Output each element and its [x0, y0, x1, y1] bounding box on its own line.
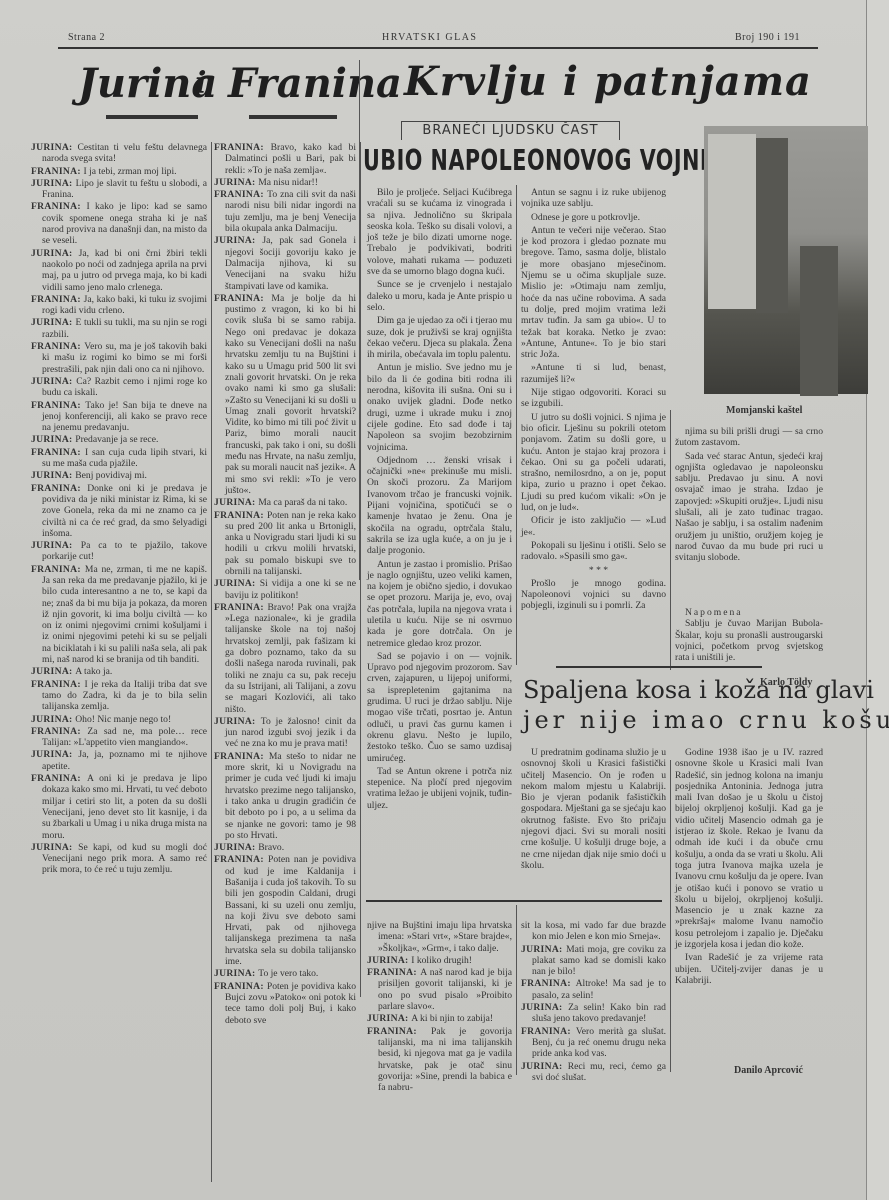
dialogue-line: JURINA: Mati moja, gre coviku za plakat …: [521, 944, 666, 978]
castle-photo: [704, 126, 868, 394]
speaker-name: JURINA:: [214, 578, 260, 589]
speaker-name: JURINA:: [214, 968, 258, 979]
paragraph: Bilo je proljeće. Seljaci Kućibrega vrać…: [367, 187, 512, 277]
dialogue-text: Ma nisu nidar!!: [258, 177, 318, 188]
dialogue-line: FRANINA: Vero su, ma je još takovih baki…: [31, 341, 207, 375]
paragraph: Antun se sagnu i iz ruke ubijenog vojnik…: [521, 187, 666, 210]
paragraph: U predratnim godinama služio je u osnovn…: [521, 747, 666, 871]
dialogue-line: JURINA: I koliko drugih!: [367, 955, 512, 966]
speaker-name: JURINA:: [367, 955, 411, 966]
dialogue-line: JURINA: Reci mu, reci, ćemo ga svi doć s…: [521, 1061, 666, 1084]
dialogue-line: FRANINA: I je reka da Italiji triba dat …: [31, 679, 207, 713]
paragraph: Antun je mislio. Sve jedno mu je bilo da…: [367, 362, 512, 452]
speaker-name: FRANINA:: [31, 483, 87, 494]
speaker-name: FRANINA:: [214, 142, 271, 153]
dialogue-line: FRANINA: A naš narod kad je bija prisilj…: [367, 967, 512, 1012]
speaker-name: FRANINA:: [521, 978, 576, 989]
paragraph: U jutro su došli vojnici. S njima je bio…: [521, 412, 666, 514]
feature-title-franina: Franina: [228, 60, 402, 107]
dialogue-line: JURINA: Se kapi, od kud su mogli doć Ven…: [31, 842, 207, 876]
dialogue-line: JURINA: Ma nisu nidar!!: [214, 177, 356, 188]
speaker-name: JURINA:: [31, 317, 75, 328]
paragraph: Sada već starac Antun, sjedeći kraj ognj…: [675, 451, 823, 564]
second-article-column-1: U predratnim godinama služio je u osnovn…: [521, 747, 666, 867]
speaker-name: FRANINA:: [521, 1026, 576, 1037]
column-rule: [516, 905, 517, 1075]
dialogue-line: FRANINA: A oni ki je predava je lipo dok…: [31, 773, 207, 841]
paragraph: Oficir je isto zaključio — »Lud je«.: [521, 515, 666, 538]
photo-caption: Momjanski kaštel: [726, 405, 802, 416]
paragraph: Antun je zastao i promislio. Prišao je n…: [367, 559, 512, 649]
dialogue-line: FRANINA: I ja tebi, zrman moj lipi.: [31, 166, 207, 177]
second-article-column-2: Godine 1938 išao je u IV. razred osnovne…: [675, 747, 823, 1057]
paragraph: Sad se pojavio i on — vojnik. Upravo pod…: [367, 651, 512, 764]
column-rule: [516, 185, 517, 665]
speaker-name: JURINA:: [31, 714, 75, 725]
speaker-name: JURINA:: [214, 497, 258, 508]
dialogue-line: JURINA: Ja, kad bi oni črni žbiri tekli …: [31, 248, 207, 293]
speaker-name: FRANINA:: [214, 854, 268, 865]
tower-shape: [708, 134, 756, 309]
header-rule: [58, 47, 818, 49]
speaker-name: JURINA:: [31, 248, 79, 259]
dialogue-line: FRANINA: Pak je govorija talijanski, ma …: [367, 1026, 512, 1094]
dialogue-line: JURINA: Ja, ja, poznamo mi te njihove ap…: [31, 749, 207, 772]
dialogue-line: FRANINA: Poten nan je reka kako su pred …: [214, 510, 356, 578]
speaker-name: FRANINA:: [214, 189, 267, 200]
dialogue-text: Bravo! Pak ona vrajža »Lega nazionale«, …: [225, 602, 356, 715]
paragraph: Prošlo je mnogo godina. Napoleonovi vojn…: [521, 578, 666, 612]
dialogue-line: FRANINA: Bravo! Pak ona vrajža »Lega naz…: [214, 602, 356, 715]
dialogue-text: Oho! Nic manje nego to!: [75, 714, 171, 725]
speaker-name: JURINA:: [31, 842, 78, 853]
dialogue-text: Ma je bolje da hi pustimo z vragon, ki k…: [225, 293, 356, 496]
newspaper-name: HRVATSKI GLAS: [382, 32, 477, 43]
dialogue-text: A tako ja.: [75, 666, 112, 677]
article-column-2: Antun se sagnu i iz ruke ubijenog vojnik…: [521, 187, 666, 672]
article-kicker: BRANEĆI LJUDSKU ČAST: [401, 121, 620, 140]
speaker-name: JURINA:: [521, 1061, 568, 1072]
title-underline: [249, 115, 337, 119]
speaker-name: FRANINA:: [31, 564, 85, 575]
dialogue-line: JURINA: Bravo.: [214, 842, 356, 853]
speaker-name: FRANINA:: [31, 201, 86, 212]
byline-aprcovic: Danilo Aprcović: [734, 1065, 803, 1076]
dialogue-column-1: JURINA: Cestitan ti velu feštu delavnega…: [31, 142, 207, 1192]
dialogue-line: JURINA: Si vidija a one ki se ne baviju …: [214, 578, 356, 601]
paragraph: Godine 1938 išao je u IV. razred osnovne…: [675, 747, 823, 950]
feature-title-and: i: [195, 66, 206, 101]
paragraph: Antun te večeri nije večerao. Stao je ko…: [521, 225, 666, 361]
speaker-name: JURINA:: [521, 944, 566, 955]
dialogue-line: FRANINA: Tako je! San bija te dneve na j…: [31, 400, 207, 434]
dialogue-line: JURINA: To je žalosno! cinit da jun naro…: [214, 716, 356, 750]
speaker-name: FRANINA:: [31, 341, 84, 352]
paragraph: Nije stigao odgovoriti. Koraci su se izg…: [521, 387, 666, 410]
column-rule: [211, 142, 212, 1182]
dialogue-line: FRANINA: To zna cili svit da naši narodi…: [214, 189, 356, 234]
speaker-name: FRANINA:: [214, 981, 267, 992]
dialogue-line: JURINA: Oho! Nic manje nego to!: [31, 714, 207, 725]
paragraph: Dim ga je ujedao za oči i tjerao mu suze…: [367, 315, 512, 360]
tower-shape: [756, 138, 788, 313]
dialogue-column-2: FRANINA: Bravo, kako kad bi Dalmatinci p…: [214, 142, 356, 1072]
paragraph: Pokopali su lješinu i otišli. Selo se ra…: [521, 540, 666, 563]
speaker-name: FRANINA:: [31, 166, 84, 177]
speaker-name: JURINA:: [214, 235, 262, 246]
dialogue-line: FRANINA: Ja, kako baki, ki tuku iz svoji…: [31, 294, 207, 317]
speaker-name: JURINA:: [214, 177, 258, 188]
speaker-name: FRANINA:: [31, 773, 87, 784]
dialogue-line: JURINA: To je vero tako.: [214, 968, 356, 979]
dialogue-line: JURINA: E tukli su tukli, ma su njin se …: [31, 317, 207, 340]
speaker-name: JURINA:: [521, 1002, 568, 1013]
dialogue-line: JURINA: Cestitan ti velu feštu delavnega…: [31, 142, 207, 165]
speaker-name: FRANINA:: [31, 400, 85, 411]
dialogue-line: JURINA: Lipo je slavit tu feštu u slobod…: [31, 178, 207, 201]
tower-shape: [800, 246, 838, 396]
dialogue-line: JURINA: Predavanje ja se rece.: [31, 434, 207, 445]
column-rule: [360, 142, 361, 997]
paragraph: Sunce se je crvenjelo i nestajalo daleko…: [367, 279, 512, 313]
speaker-name: FRANINA:: [31, 447, 85, 458]
dialogue-line: FRANINA: I san cuja cuda lipih stvari, k…: [31, 447, 207, 470]
speaker-name: FRANINA:: [31, 726, 87, 737]
speaker-name: JURINA:: [31, 376, 76, 387]
dialogue-line: JURINA: Za selin! Kako bin rad sluša jen…: [521, 1002, 666, 1025]
dialogue-line: JURINA: Pa ca to te pjažilo, takove pork…: [31, 540, 207, 563]
speaker-name: JURINA:: [31, 434, 75, 445]
speaker-name: FRANINA:: [367, 967, 420, 978]
dialogue-continuation-2: sit la kosa, mi vado far due brazde kon …: [521, 920, 666, 1080]
speaker-name: JURINA:: [31, 666, 75, 677]
dialogue-continuation-1: njive na Bujštini imaju lipa hrvatska im…: [367, 920, 512, 1080]
second-headline-line2: jer nije imao crnu košulju: [523, 706, 889, 734]
speaker-name: JURINA:: [31, 470, 75, 481]
dialogue-text: Ma ca paraš da ni tako.: [258, 497, 347, 508]
title-underline: [106, 115, 198, 119]
dialogue-line: FRANINA: Vero merità ga slušat. Benj, ću…: [521, 1026, 666, 1060]
dialogue-line: njive na Bujštini imaju lipa hrvatska im…: [367, 920, 512, 954]
speaker-name: FRANINA:: [31, 679, 85, 690]
speaker-name: FRANINA:: [214, 510, 267, 521]
dialogue-text: A ki bi njin to zabija!: [411, 1013, 493, 1024]
note-label: Napomena: [675, 607, 823, 618]
speaker-name: JURINA:: [31, 178, 76, 189]
article-headline: UBIO NAPOLEONOVOG VOJNIKA: [363, 145, 741, 178]
dialogue-line: JURINA: Ja, pak sad Gonela i njegovi šoc…: [214, 235, 356, 291]
dialogue-line: FRANINA: Za sad ne, ma pole… rece Talija…: [31, 726, 207, 749]
speaker-name: FRANINA:: [367, 1026, 431, 1037]
dialogue-line: FRANINA: Bravo, kako kad bi Dalmatinci p…: [214, 142, 356, 176]
dialogue-text: Poten nan je povidiva od kud je ime Kald…: [225, 854, 356, 967]
speaker-name: JURINA:: [31, 142, 78, 153]
column-rule: [670, 760, 671, 1072]
paragraph: Tad se Antun okrene i potrča niz stepeni…: [367, 766, 512, 811]
paragraph: njima su bili prišli drugi — sa crno žut…: [675, 426, 823, 449]
dialogue-line: JURINA: Benj povidivaj mi.: [31, 470, 207, 481]
speaker-name: FRANINA:: [214, 751, 269, 762]
dialogue-text: Bravo.: [258, 842, 284, 853]
note-text: Sablju je čuvao Marijan Bubola-Škalar, k…: [675, 618, 823, 663]
dialogue-text: To je vero tako.: [258, 968, 318, 979]
dialogue-line: JURINA: A ki bi njin to zabija!: [367, 1013, 512, 1024]
paragraph: Ivan Radešić je za vrijeme rata ubijen. …: [675, 952, 823, 986]
speaker-name: JURINA:: [31, 540, 81, 551]
dialogue-line: FRANINA: Ma ne, zrman, ti me ne kapiš. J…: [31, 564, 207, 666]
dialogue-text: I ja tebi, zrman moj lipi.: [84, 166, 177, 177]
dialogue-text: Predavanje ja se rece.: [75, 434, 158, 445]
dialogue-line: JURINA: Ma ca paraš da ni tako.: [214, 497, 356, 508]
dialogue-text: Benj povidivaj mi.: [75, 470, 147, 481]
speaker-name: JURINA:: [31, 749, 78, 760]
dialogue-text: Ma stešo to nidar ne more skrit, ki u No…: [225, 751, 356, 841]
issue-number: Broj 190 i 191: [735, 32, 800, 43]
article-column-1: Bilo je proljeće. Seljaci Kućibrega vrać…: [367, 187, 512, 862]
page-number: Strana 2: [68, 32, 105, 43]
paragraph: »Antune ti si lud, benast, razumiješ li?…: [521, 362, 666, 385]
dialogue-line: FRANINA: Donke oni ki je predava je povi…: [31, 483, 207, 539]
dialogue-text: Ma ne, zrman, ti me ne kapiš. Ja san rek…: [42, 564, 207, 665]
column-rule: [670, 410, 671, 670]
dialogue-line: FRANINA: Poten je povidiva kako Bujci zo…: [214, 981, 356, 1026]
section-title: Krvlju i patnjama: [404, 58, 812, 105]
dialogue-text: sit la kosa, mi vado far due brazde kon …: [521, 920, 666, 942]
paragraph: Odjednom … ženski vrisak i očajnički »ne…: [367, 455, 512, 557]
second-headline-line1: Spaljena kosa i koža na glavi: [523, 676, 874, 704]
dialogue-line: FRANINA: Ma je bolje da hi pustimo z vra…: [214, 293, 356, 496]
dialogue-line: FRANINA: Altroke! Ma sad je to pasalo, z…: [521, 978, 666, 1001]
paragraph: Odnese je gore u potkrovlje.: [521, 212, 666, 223]
headline-rule: [556, 666, 762, 668]
page-margin: [867, 0, 889, 1200]
dialogue-line: FRANINA: Poten nan je povidiva od kud je…: [214, 854, 356, 967]
dialogue-text: njive na Bujštini imaju lipa hrvatska im…: [367, 920, 512, 954]
speaker-name: FRANINA:: [214, 293, 271, 304]
dialogue-line: JURINA: A tako ja.: [31, 666, 207, 677]
speaker-name: FRANINA:: [31, 294, 84, 305]
section-separator: * * *: [521, 565, 666, 576]
speaker-name: JURINA:: [214, 716, 261, 727]
article-column-3: njima su bili prišli drugi — sa crno žut…: [675, 426, 823, 606]
note-block: Napomena Sablju je čuvao Marijan Bubola-…: [675, 607, 823, 664]
speaker-name: JURINA:: [367, 1013, 411, 1024]
dialogue-line: FRANINA: Ma stešo to nidar ne more skrit…: [214, 751, 356, 841]
dialogue-line: JURINA: Ca? Razbit cemo i njimi roge ko …: [31, 376, 207, 399]
dialogue-line: FRANINA: I kako je lipo: kad se samo cov…: [31, 201, 207, 246]
speaker-name: FRANINA:: [214, 602, 268, 613]
speaker-name: JURINA:: [214, 842, 258, 853]
continuation-rule: [366, 900, 662, 902]
dialogue-line: sit la kosa, mi vado far due brazde kon …: [521, 920, 666, 943]
dialogue-text: I koliko drugih!: [411, 955, 472, 966]
